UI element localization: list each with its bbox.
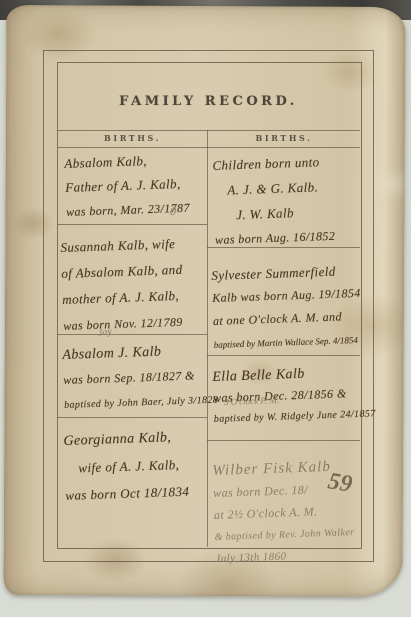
scanned-family-record-page: FAMILY RECORD. BIRTHS. BIRTHS. Absalom K… [0,0,411,617]
handwriting-line: was born, Mar. 23/1787 [66,195,207,224]
stray-pencil-mark: 0 [170,204,176,219]
row-rule-left-1 [57,224,207,225]
handwriting-line: was born Aug. 16/1852 [215,223,366,253]
row-rule-right-3 [207,440,360,441]
column-header-births-right: BIRTHS. [208,133,360,143]
entry-sylvester-summerfield-kalb: Sylvester Summerfield Kalb was born Aug.… [211,259,366,356]
entry-absalom-kalb-sr: Absalom Kalb, Father of A. J. Kalb, was … [64,147,206,224]
entry-absalom-j-kalb: Absalom J. Kalb was born Sep. 18/1827 & … [62,338,210,418]
entry-georgianna-kalb: Georgianna Kalb, wife of A. J. Kalb, was… [63,423,211,509]
column-header-births-left: BIRTHS. [58,133,207,143]
rule-under-column-headers [57,147,360,148]
handwriting-line: was born Oct 18/1834 [65,477,211,509]
entry-j-w-kalb: Children born unto A. J. & G. Kalb. J. W… [212,148,365,253]
handwriting-line: baptised by John Baer, July 3/1828 [64,388,210,418]
page-title: FAMILY RECORD. [57,94,360,109]
entry-susannah-kalb: Susannah Kalb, wife of Absalom Kalb, and… [60,230,212,339]
pencil-time-note: 3 O'clock P. M. [224,395,279,407]
rule-under-title [57,130,360,131]
handwriting-line: was born Nov. 12/1789 [63,308,212,339]
insertion-note: Jay [97,326,112,339]
bold-pencil-overwrite: 59 [326,468,354,499]
